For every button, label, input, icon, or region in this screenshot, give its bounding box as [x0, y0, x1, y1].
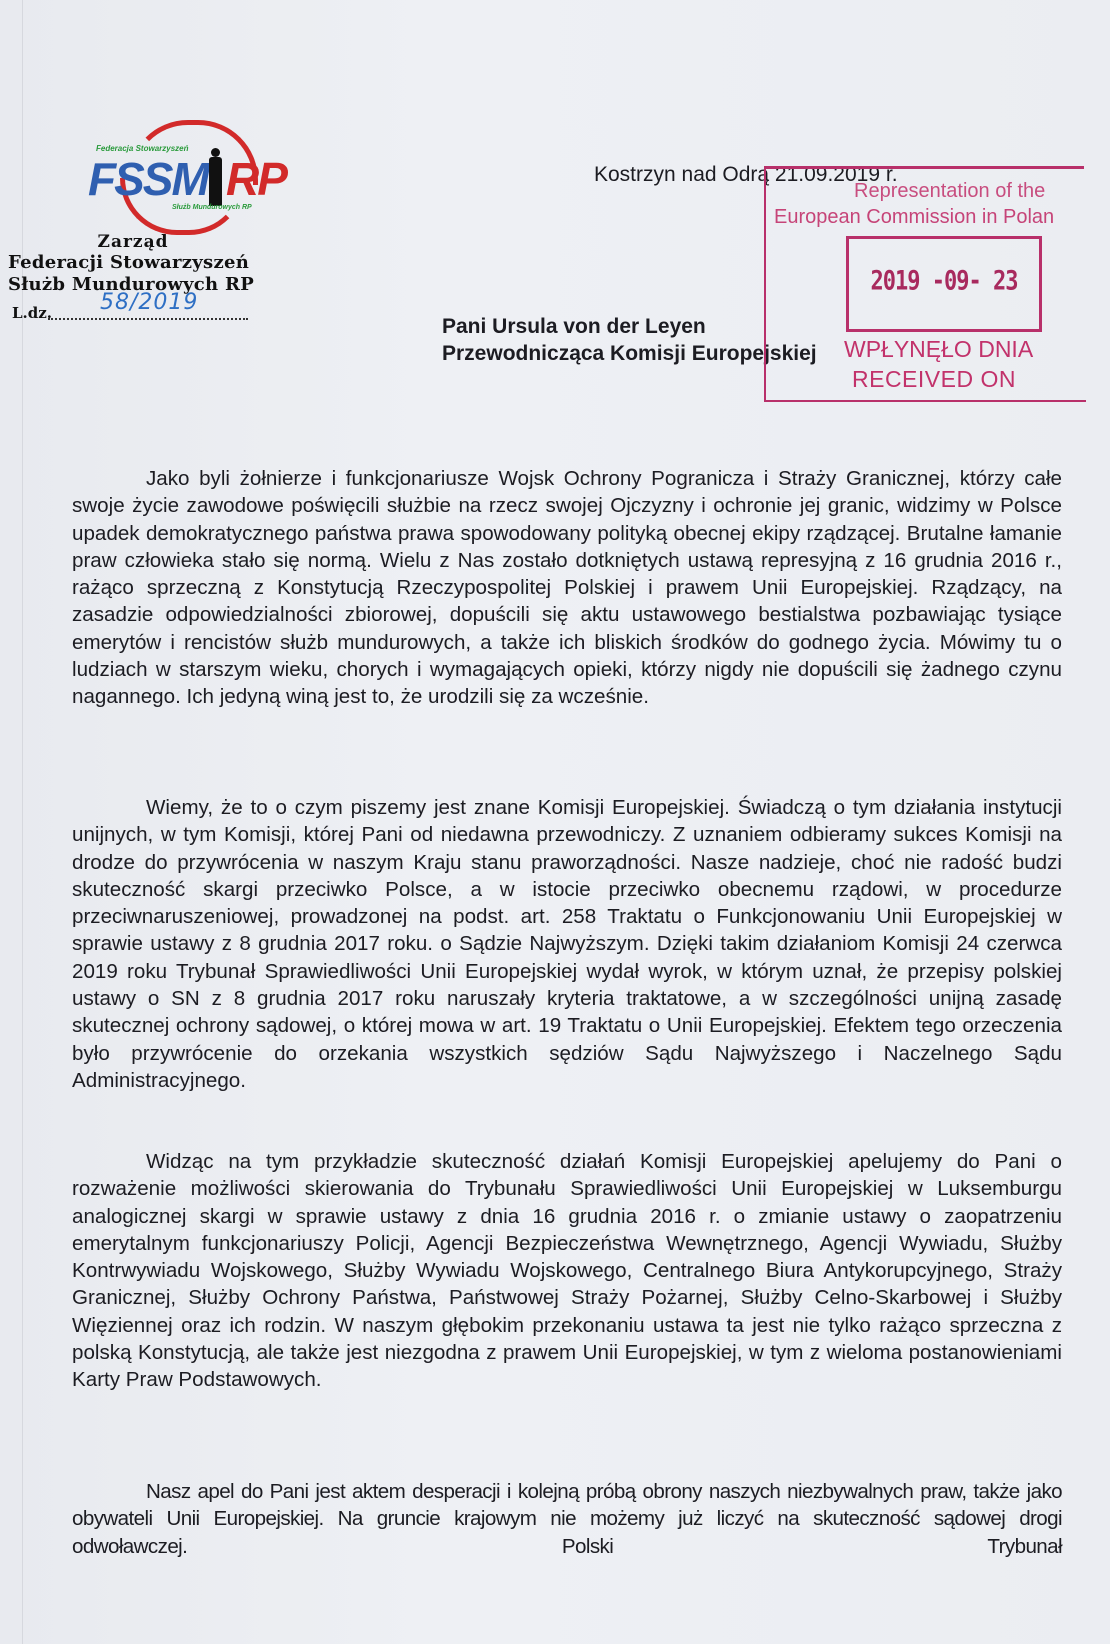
- reference-label: L.dz.: [12, 304, 52, 322]
- body-paragraph: Jako byli żołnierze i funkcjonariusze Wo…: [72, 465, 1062, 711]
- reference-number-row: L.dz. 58/2019: [8, 296, 258, 322]
- stamp-line-federation: Federacji Stowarzyszeń: [8, 252, 258, 274]
- body-paragraph: Widząc na tym przykładzie skuteczność dz…: [72, 1148, 1062, 1394]
- paragraph-text: Nasz apel do Pani jest aktem desperacji …: [72, 1478, 1062, 1560]
- organization-stamp: Zarząd Federacji Stowarzyszeń Służb Mund…: [8, 232, 258, 322]
- body-paragraph: Nasz apel do Pani jest aktem desperacji …: [72, 1478, 1062, 1560]
- stamp-frame-bottom: [764, 400, 1086, 402]
- stamp-commission-line: European Commission in Polan: [774, 206, 1054, 229]
- body-paragraph: Wiemy, że to o czym piszemy jest znane K…: [72, 794, 1062, 1094]
- logo-bottom-text: Służb Mundurowych RP: [172, 204, 252, 211]
- stamp-date-box: 2019 -09- 23: [846, 236, 1042, 332]
- addressee-title: Przewodnicząca Komisji Europejskiej: [442, 340, 817, 367]
- addressee-name: Pani Ursula von der Leyen: [442, 313, 817, 340]
- paragraph-text: Jako byli żołnierze i funkcjonariusze Wo…: [72, 465, 1062, 711]
- addressee-block: Pani Ursula von der Leyen Przewodnicząca…: [442, 313, 817, 367]
- scanned-letter-page: Federacja Stowarzyszeń FSSM RP Służb Mun…: [0, 0, 1110, 1644]
- logo-rp-text: RP: [226, 152, 286, 206]
- stamp-frame-top: [764, 166, 1084, 169]
- stamp-received-en: RECEIVED ON: [852, 366, 1016, 393]
- fssm-rp-logo: Federacja Stowarzyszeń FSSM RP Służb Mun…: [88, 118, 273, 238]
- stamp-received-pl: WPŁYNĘŁO DNIA: [844, 336, 1033, 363]
- paragraph-text: Wiemy, że to o czym piszemy jest znane K…: [72, 794, 1062, 1094]
- stamp-frame-left: [764, 166, 766, 402]
- paragraph-text: Widząc na tym przykładzie skuteczność dz…: [72, 1148, 1062, 1394]
- stamp-representation-line: Representation of the: [854, 180, 1045, 203]
- ec-receipt-stamp: Representation of the European Commissio…: [764, 166, 1110, 402]
- handwritten-reference-number: 58/2019: [100, 290, 198, 315]
- stamp-received-date: 2019 -09- 23: [849, 267, 1039, 297]
- stamp-line-board: Zarząd: [8, 232, 258, 252]
- reference-dotted-line: [48, 318, 248, 320]
- uniformed-officer-silhouette-icon: [208, 148, 222, 206]
- logo-fssm-text: FSSM: [88, 152, 208, 206]
